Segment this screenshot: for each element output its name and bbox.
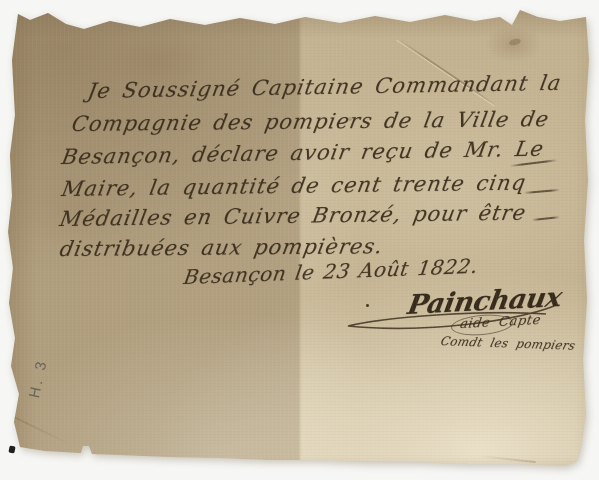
- photo-background: Je Soussigné Capitaine Commandant la Com…: [0, 0, 599, 480]
- stain-spot: [508, 38, 521, 47]
- handwritten-line-2: Compagnie des pompiers de la Ville de: [70, 107, 552, 136]
- handwritten-line-4: Maire, la quantité de cent trente cinq: [60, 171, 529, 201]
- handwritten-line-5: Médailles en Cuivre Bronzé, pour être: [58, 201, 529, 231]
- paper-wrap: Je Soussigné Capitaine Commandant la Com…: [0, 0, 599, 480]
- document-paper: Je Soussigné Capitaine Commandant la Com…: [0, 0, 599, 480]
- ink-dot: [366, 304, 369, 307]
- line-filler-flourish: [524, 189, 560, 194]
- fold-crease-bottom-right: [478, 455, 536, 463]
- handwritten-line-6: distribuées aux pompières.: [58, 234, 385, 261]
- handwritten-line-1: Je Soussigné Capitaine Commandant la: [86, 71, 564, 103]
- line-filler-flourish: [532, 216, 560, 221]
- handwritten-line-3: Besançon, déclare avoir reçu de Mr. Le: [60, 137, 546, 169]
- fold-crease-bottom-left: [13, 416, 70, 445]
- archival-margin-note: H. 3: [26, 357, 51, 399]
